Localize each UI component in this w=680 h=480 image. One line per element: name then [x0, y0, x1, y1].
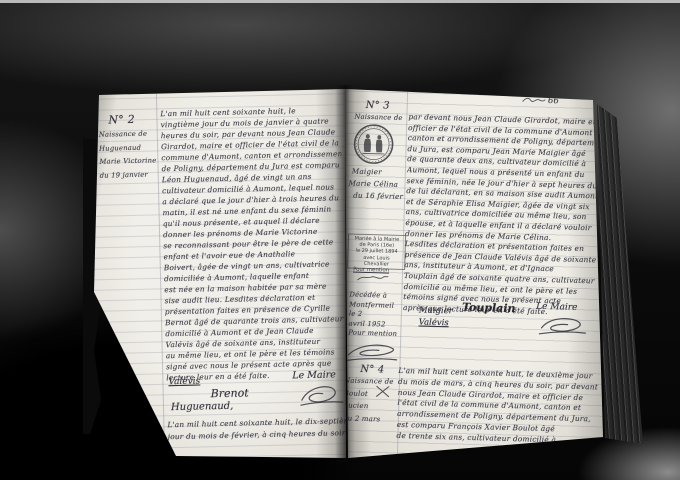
margin-line: Lucien [343, 400, 399, 414]
scan-edge-strip [0, 0, 680, 3]
signature-valevis: Valévis [168, 376, 200, 387]
register-right-page: 66 N° 3 Naissance de Maigier Marie Célin… [345, 88, 604, 462]
margin-correction-cross [376, 385, 390, 397]
margin-line: Huguenaud [99, 141, 157, 156]
act-number-label: N° 4 [360, 364, 384, 376]
signature-valevis: Valévis [419, 317, 449, 328]
folio-corner-note: 66 [522, 95, 559, 106]
maire-label: Le Maire [536, 302, 578, 313]
margin-line: Marie Victorine [99, 154, 157, 169]
left-margin-annotation: Naissance deHuguenaudMarie Victorinedu 1… [99, 127, 158, 182]
margin-line: Naissance de [99, 127, 157, 142]
margin-line: du 2 mars [343, 412, 399, 426]
margin-annotation-act4: Naissance deBoulotLuciendu 2 mars [343, 374, 400, 426]
next-act-opening-left: L'an mil huit cent soixante huit, le dix… [167, 415, 349, 442]
mention-signature-scribble [357, 273, 389, 284]
signature-huguenaud: Huguenaud, [171, 401, 234, 413]
maire-paraph-flourish [298, 381, 345, 408]
margin-line: Naissance de [344, 374, 400, 388]
revenue-stamp-icon [352, 123, 395, 166]
act-number-4: N° 4 [360, 357, 385, 377]
act3-body-text: par devant nous Jean Claude Girardot, ma… [403, 112, 605, 319]
register-left-page: N° 2 Naissance deHuguenaudMarie Victorin… [94, 88, 346, 462]
photo-background: N° 2 Naissance deHuguenaudMarie Victorin… [0, 0, 680, 480]
signature-touplain: Touplain [462, 301, 516, 315]
folio-number: 66 [548, 96, 559, 106]
maire-paraph-flourish [537, 314, 588, 339]
signature-maigier: Maigier [419, 305, 453, 316]
act-number-left: N° 2 [108, 108, 135, 128]
act-number-right: N° 3 [366, 93, 391, 113]
act-number-label: N° 2 [108, 113, 135, 127]
signature-brenot: Brenot [211, 386, 249, 400]
folio-scribble [522, 95, 546, 106]
margin-date-line: du 16 février [353, 189, 403, 204]
marriage-mention-stamp: Mariée à la Mairiede Paris (16e)le 29 ju… [347, 233, 406, 270]
act4-body-text: L'an mil huit cent soixante huit, le deu… [396, 366, 598, 447]
act-number-label: N° 3 [366, 100, 390, 112]
act2-body-text: L'an mil huit cent soixante huit, leving… [160, 104, 346, 383]
mention-line: Pour mention [348, 329, 402, 340]
maire-label: Le Maire [292, 369, 336, 381]
margin-line: du 19 janvier [100, 168, 158, 183]
death-mention-annotation: Décédée àMontfermeille 2avril 1952Pour m… [348, 291, 403, 340]
